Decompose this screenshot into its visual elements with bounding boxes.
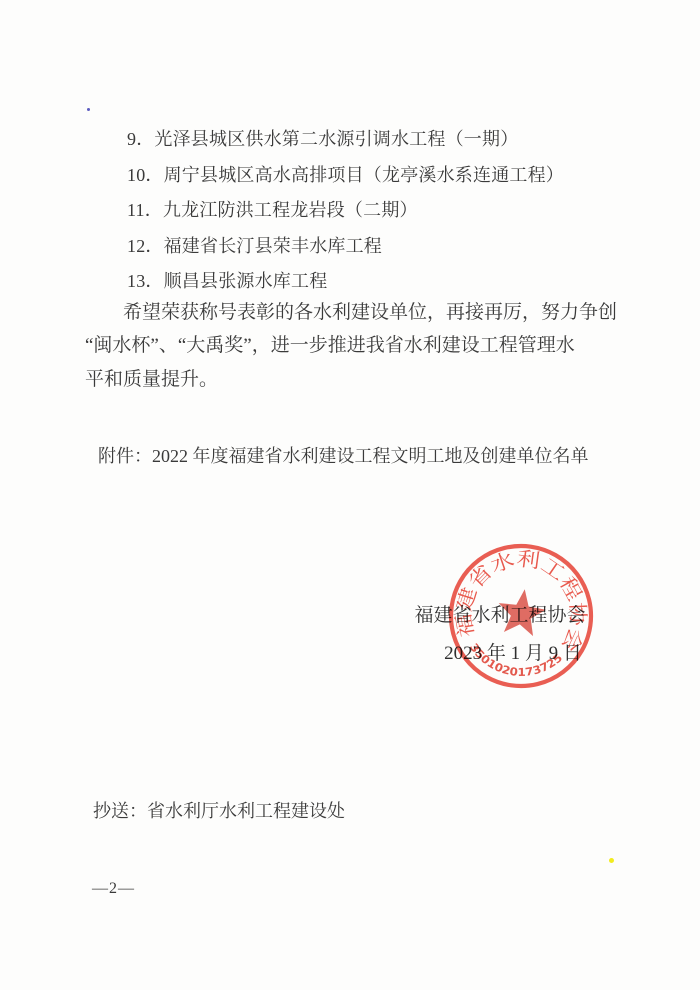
attachment-line: 附件：2022 年度福建省水利建设工程文明工地及创建单位名单 [98, 443, 589, 469]
paragraph-line: “闽水杯”、“大禹奖”，进一步推进我省水利建设工程管理水 [85, 329, 615, 362]
scanned-document-page: 9．光泽县城区供水第二水源引调水工程（一期） 10．周宁县城区高水高排项目（龙亭… [0, 0, 700, 990]
paragraph-line: 平和质量提升。 [85, 363, 615, 396]
list-item: 11．九龙江防洪工程龙岩段（二期） [127, 193, 627, 229]
body-paragraph: 希望荣获称号表彰的各水利建设单位，再接再厉，努力争创 “闽水杯”、“大禹奖”，进… [85, 296, 615, 396]
list-item: 9．光泽县城区供水第二水源引调水工程（一期） [127, 122, 627, 158]
official-seal: 福建省水利工程协会 3501020173725 [439, 534, 604, 699]
cc-line: 抄送：省水利厅水利工程建设处 [93, 798, 345, 824]
list-item: 10．周宁县城区高水高排项目（龙亭溪水系连通工程） [127, 158, 627, 194]
paragraph-line: 希望荣获称号表彰的各水利建设单位，再接再厉，努力争创 [85, 296, 615, 329]
seal-star-icon [495, 586, 548, 637]
list-item: 13．顺昌县张源水库工程 [127, 264, 627, 300]
scan-speck-blue [87, 108, 90, 111]
list-item: 12．福建省长汀县荣丰水库工程 [127, 229, 627, 265]
scan-speck-yellow [609, 858, 614, 863]
project-list: 9．光泽县城区供水第二水源引调水工程（一期） 10．周宁县城区高水高排项目（龙亭… [127, 122, 627, 300]
page-number: —2— [92, 880, 135, 898]
